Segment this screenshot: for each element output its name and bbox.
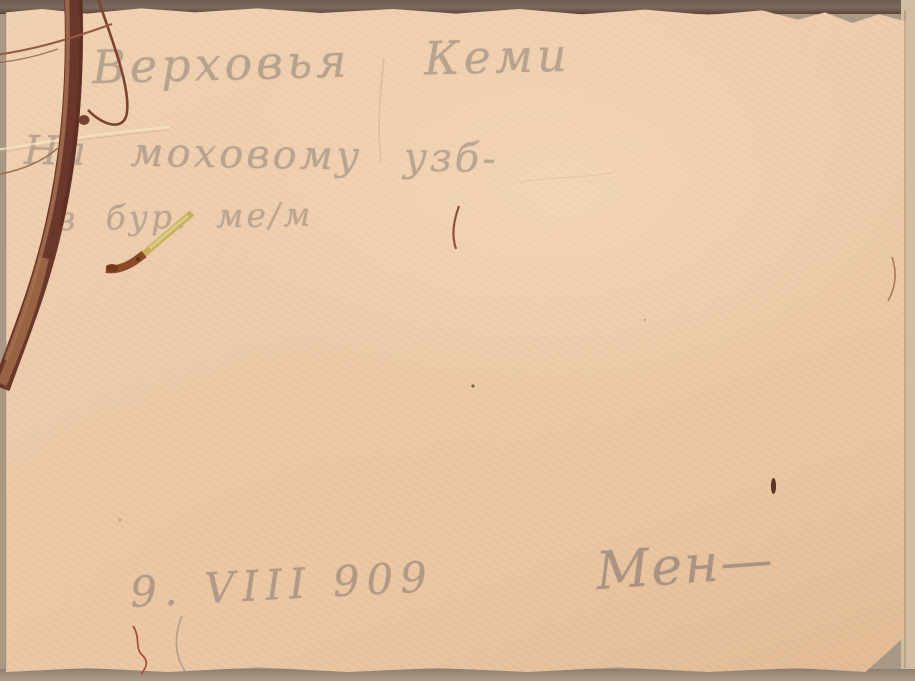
handwriting-signature: Мен— bbox=[594, 530, 776, 602]
handwriting-line-2: На моховому узб- bbox=[24, 128, 499, 182]
handwriting-line-3: в бур. ме/м bbox=[56, 195, 314, 238]
herbarium-label-photo: Верховья Кеми На моховому узб- в бур. ме… bbox=[0, 0, 915, 681]
backing-sheet-bottom-edge bbox=[0, 669, 915, 681]
